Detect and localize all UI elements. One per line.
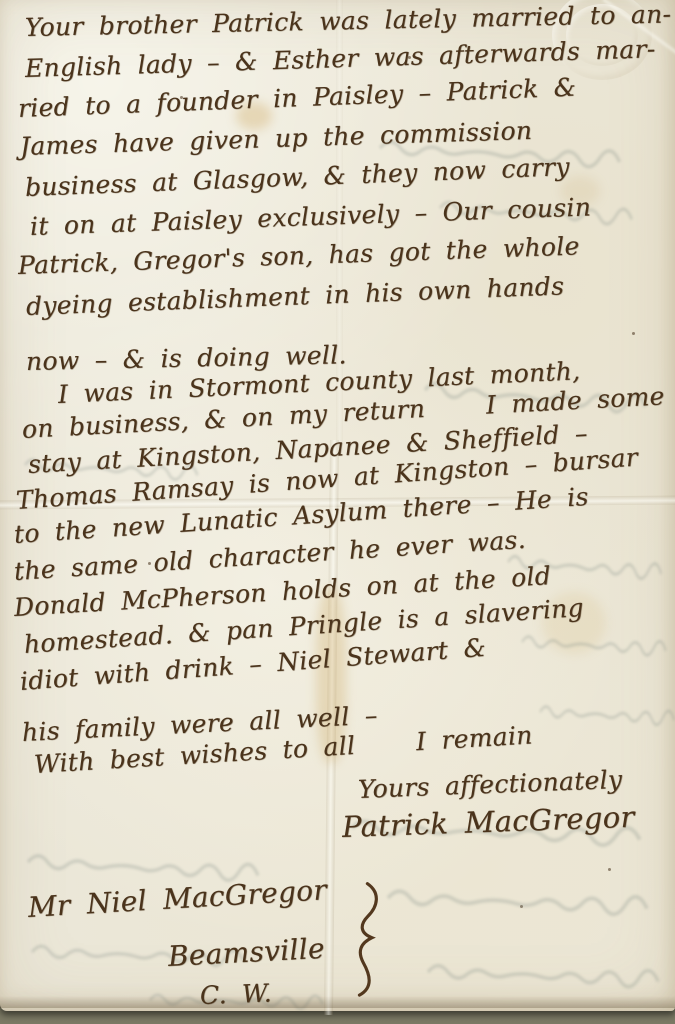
ink-speck [632,332,635,335]
letter-line: James have given up the commission [20,117,533,161]
address-town: Beamsville [167,934,325,973]
letter-line: Patrick, Gregor's son, has got the whole [18,232,581,279]
letter-scan: Your brother Patrick was lately married … [0,0,675,1024]
letter-line: ried to a founder in Paisley – Patrick & [17,74,576,123]
letter-line: dyeing establishment in his own hands [25,272,564,320]
signature: Patrick MacGregor [341,802,635,844]
letter-line: business at Glasgow, & they now carry [24,153,570,201]
paper-bottom-edge-shadow [0,996,675,1008]
letter-page: Your brother Patrick was lately married … [0,0,675,1011]
address-brace-mark [349,881,401,999]
address-recipient: Mr Niel MacGregor [27,875,328,924]
ink-speck [520,905,523,908]
valediction: Yours affectionately [357,766,622,804]
ink-speck [608,868,611,871]
